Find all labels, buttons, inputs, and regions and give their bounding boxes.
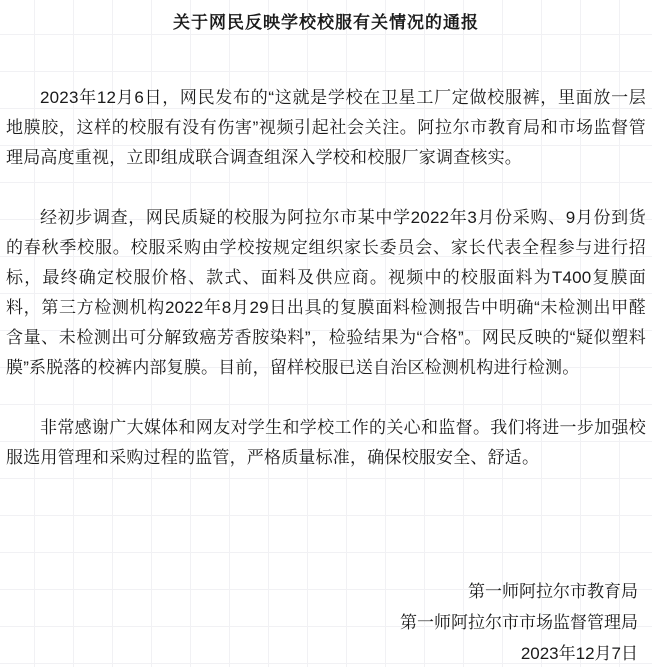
issuer-education-bureau: 第一师阿拉尔市教育局 (6, 576, 638, 607)
signature-block: 第一师阿拉尔市教育局 第一师阿拉尔市市场监督管理局 2023年12月7日 (6, 576, 646, 667)
issuer-market-regulation-bureau: 第一师阿拉尔市市场监督管理局 (6, 607, 638, 638)
paragraph-incident: 2023年12月6日，网民发布的“这就是学校在卫星工厂定做校服裤，里面放一层地膜… (6, 83, 646, 173)
paragraph-thanks: 非常感谢广大媒体和网友对学生和学校工作的关心和监督。我们将进一步加强校服选用管理… (6, 413, 646, 473)
notice-title: 关于网民反映学校校服有关情况的通报 (6, 12, 646, 33)
issue-date: 2023年12月7日 (6, 638, 638, 667)
notice-document: 关于网民反映学校校服有关情况的通报 2023年12月6日，网民发布的“这就是学校… (0, 0, 652, 667)
paragraph-investigation: 经初步调查，网民质疑的校服为阿拉尔市某中学2022年3月份采购、9月份到货的春秋… (6, 203, 646, 383)
